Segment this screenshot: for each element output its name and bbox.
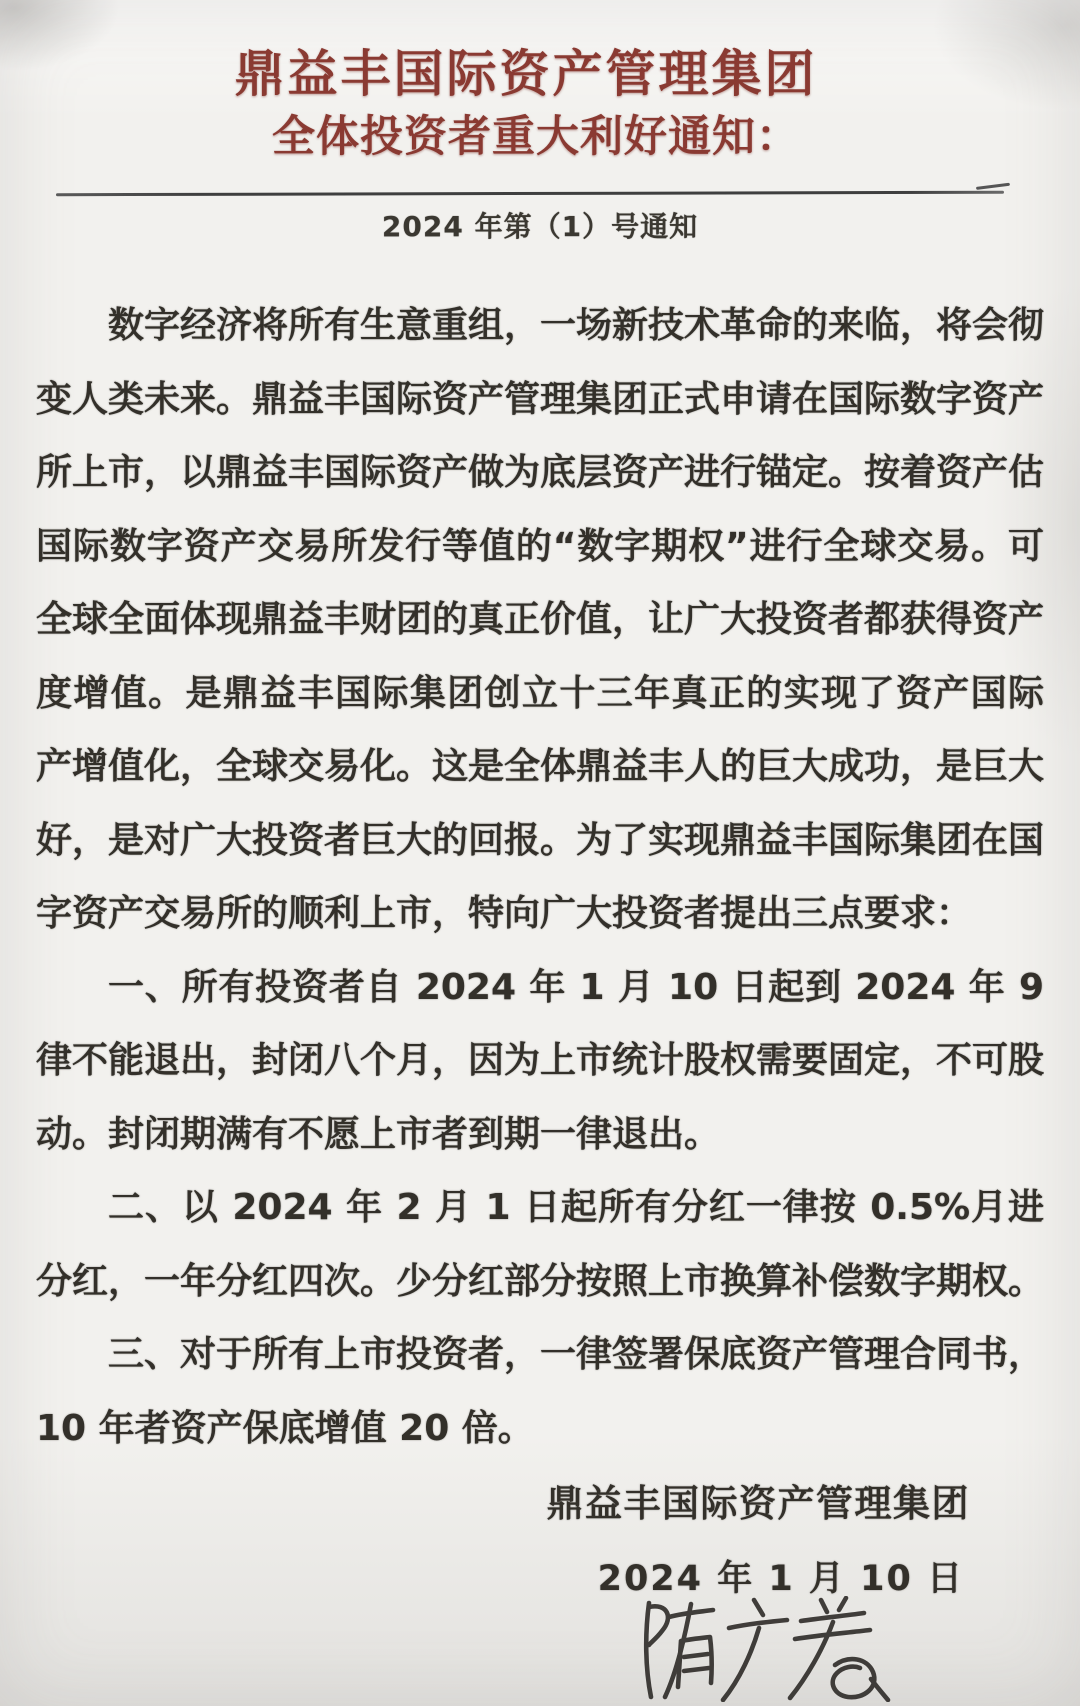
body-line: 好，是对广大投资者巨大的回报。为了实现鼎益丰国际集团在国际数 xyxy=(36,804,1044,878)
signoff-company: 鼎益丰国际资产管理集团 xyxy=(547,1473,971,1527)
body-line: 三、对于所有上市投资者，一律签署保底资产管理合同书，满 xyxy=(36,1318,1044,1392)
divider-line xyxy=(56,191,1004,196)
body-line: 全球全面体现鼎益丰财团的真正价值，让广大投资者都获得资产大幅 xyxy=(36,583,1044,657)
notice-document: 鼎益丰国际资产管理集团 全体投资者重大利好通知： 2024 年第（1）号通知 数… xyxy=(0,0,1080,1706)
document-title: 鼎益丰国际资产管理集团 xyxy=(0,34,1066,106)
body-line: 国际数字资产交易所发行等值的“数字期权”进行全球交易。可以在 xyxy=(36,510,1044,584)
notice-body: 数字经济将所有生意重组，一场新技术革命的来临，将会彻底改 变人类未来。鼎益丰国际… xyxy=(36,289,1044,1465)
body-line: 分红，一年分红四次。少分红部分按照上市换算补偿数字期权。 xyxy=(36,1245,1044,1319)
body-line: 变人类未来。鼎益丰国际资产管理集团正式申请在国际数字资产交易 xyxy=(36,363,1044,437)
signature xyxy=(634,1596,894,1702)
body-line: 一、所有投资者自 2024 年 1 月 10 日起到 2024 年 9 月 10… xyxy=(36,951,1044,1025)
body-line: 数字经济将所有生意重组，一场新技术革命的来临，将会彻底改 xyxy=(36,289,1044,363)
body-line: 字资产交易所的顺利上市，特向广大投资者提出三点要求： xyxy=(36,877,1044,951)
document-subtitle: 全体投资者重大利好通知： xyxy=(0,103,1076,164)
body-line: 度增值。是鼎益丰国际集团创立十三年真正的实现了资产国际化，资 xyxy=(36,657,1044,731)
body-line: 产增值化，全球交易化。这是全体鼎益丰人的巨大成功，是巨大的利 xyxy=(36,730,1044,804)
body-line: 二、以 2024 年 2 月 1 日起所有分红一律按 0.5%月进行，按季度 xyxy=(36,1171,1044,1245)
signoff-date: 2024 年 1 月 10 日 xyxy=(598,1551,964,1601)
body-line: 10 年者资产保底增值 20 倍。 xyxy=(36,1392,1044,1466)
signature-handwriting-icon xyxy=(634,1596,894,1702)
notice-number: 2024 年第（1）号通知 xyxy=(0,205,1080,245)
body-line: 所上市，以鼎益丰国际资产做为底层资产进行锚定。按着资产估值在 xyxy=(36,436,1044,510)
body-line: 律不能退出，封闭八个月，因为上市统计股权需要固定，不可股数变 xyxy=(36,1024,1044,1098)
body-line: 动。封闭期满有不愿上市者到期一律退出。 xyxy=(36,1098,1044,1172)
